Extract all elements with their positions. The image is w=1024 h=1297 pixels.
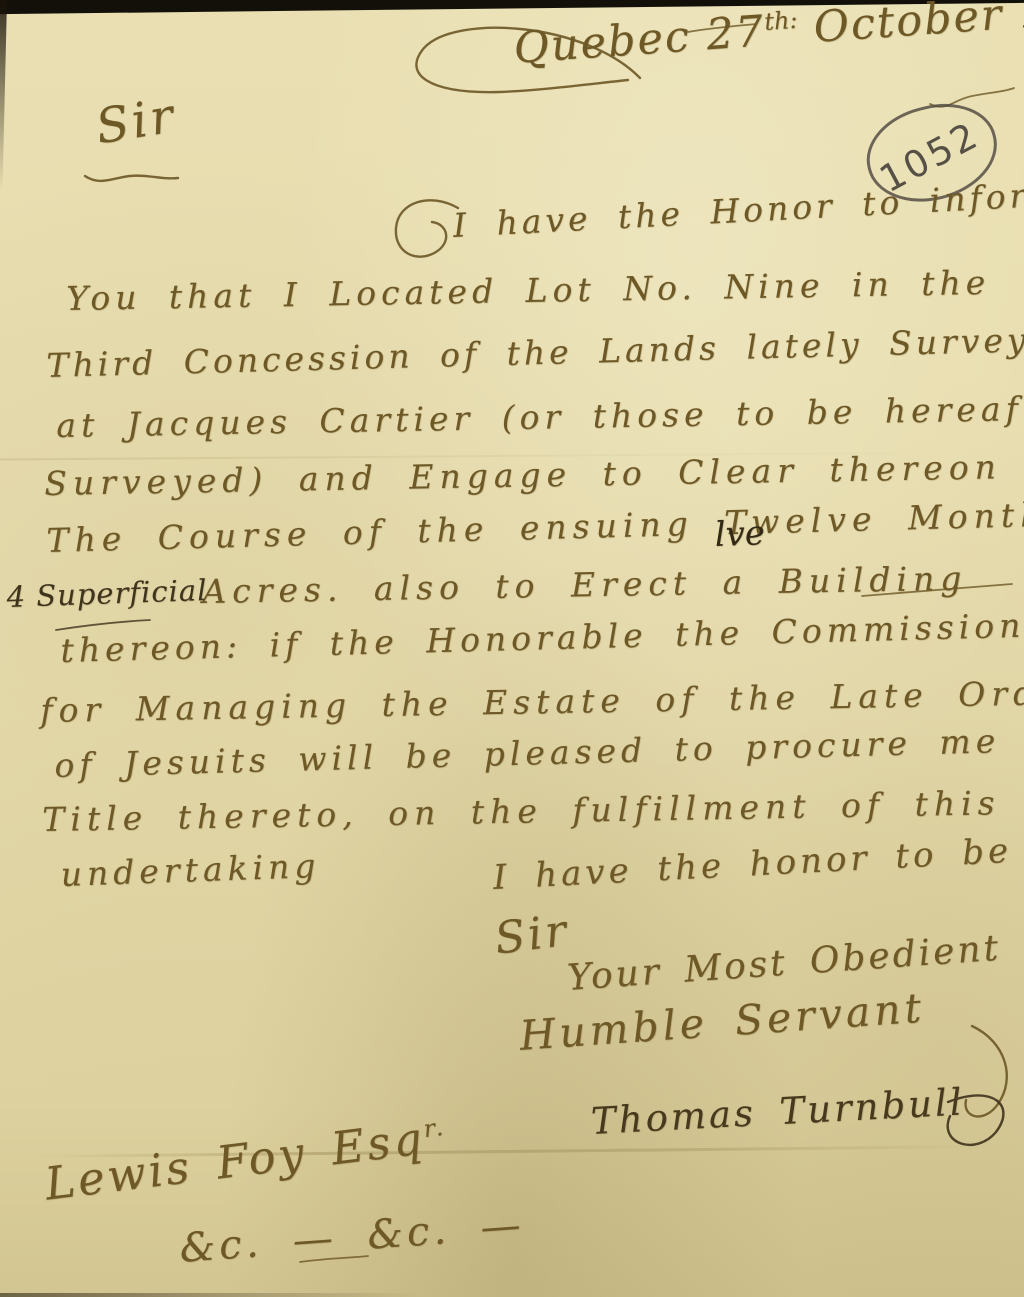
ink-overwrite-twelve: lve bbox=[714, 513, 766, 555]
body-line-3: Third Concession of the Lands lately Sur… bbox=[46, 319, 1024, 385]
addressee-name-text: Lewis Foy Esq bbox=[42, 1111, 428, 1210]
body-line-6: The Course of the ensuing Twelve Months bbox=[46, 494, 1024, 560]
letter-page: Quebec 27th: October 1819 Sir 1052 I hav… bbox=[0, 0, 1024, 1297]
closing-line-3: Your Most Obedient bbox=[566, 928, 1002, 999]
body-line-10: of Jesuits will be pleased to procure me… bbox=[54, 720, 1024, 785]
margin-note-superficial-acres: 4 Superficial bbox=[6, 573, 208, 614]
body-line-8: thereon: if the Honorable the Commission… bbox=[60, 604, 1024, 670]
addressee-etcetera: &c. — &c. — bbox=[178, 1202, 526, 1272]
date-place-day: Quebec 27 bbox=[512, 6, 767, 73]
addressee-name-superscript: r. bbox=[422, 1113, 448, 1144]
date-rest: October 1819 bbox=[796, 0, 1024, 54]
body-line-2: You that I Located Lot No. Nine in the bbox=[66, 263, 991, 318]
signature-thomas-turnbull: Thomas Turnbull bbox=[590, 1080, 966, 1143]
salutation-underline-flourish bbox=[85, 176, 178, 181]
body-line-12: undertaking bbox=[60, 846, 321, 894]
date-ordinal: th: bbox=[763, 6, 798, 36]
body-opening-spiral bbox=[396, 200, 458, 256]
body-line-5: Surveyed) and Engage to Clear thereon in bbox=[44, 446, 1024, 503]
servant-tail-flourish bbox=[966, 1026, 1007, 1116]
body-line-9: for Managing the Estate of the Late Orde… bbox=[40, 673, 1024, 730]
addressee-name: Lewis Foy Esqr. bbox=[42, 1109, 450, 1211]
body-line-4: at Jacques Cartier (or those to be herea… bbox=[56, 388, 1024, 445]
scan-edge-bottom bbox=[0, 1293, 420, 1297]
salutation: Sir bbox=[92, 87, 180, 155]
body-line-1: I have the Honor to inform bbox=[452, 174, 1024, 245]
closing-line-2: Sir bbox=[492, 905, 572, 965]
scan-edge-left bbox=[0, 0, 7, 190]
body-line-11: Title thereto, on the fulfillment of thi… bbox=[42, 783, 1001, 839]
date-line: Quebec 27th: October 1819 bbox=[512, 0, 1024, 74]
body-line-7: Acres. also to Erect a Building bbox=[202, 559, 968, 611]
closing-line-1: I have the honor to be bbox=[492, 831, 1013, 898]
